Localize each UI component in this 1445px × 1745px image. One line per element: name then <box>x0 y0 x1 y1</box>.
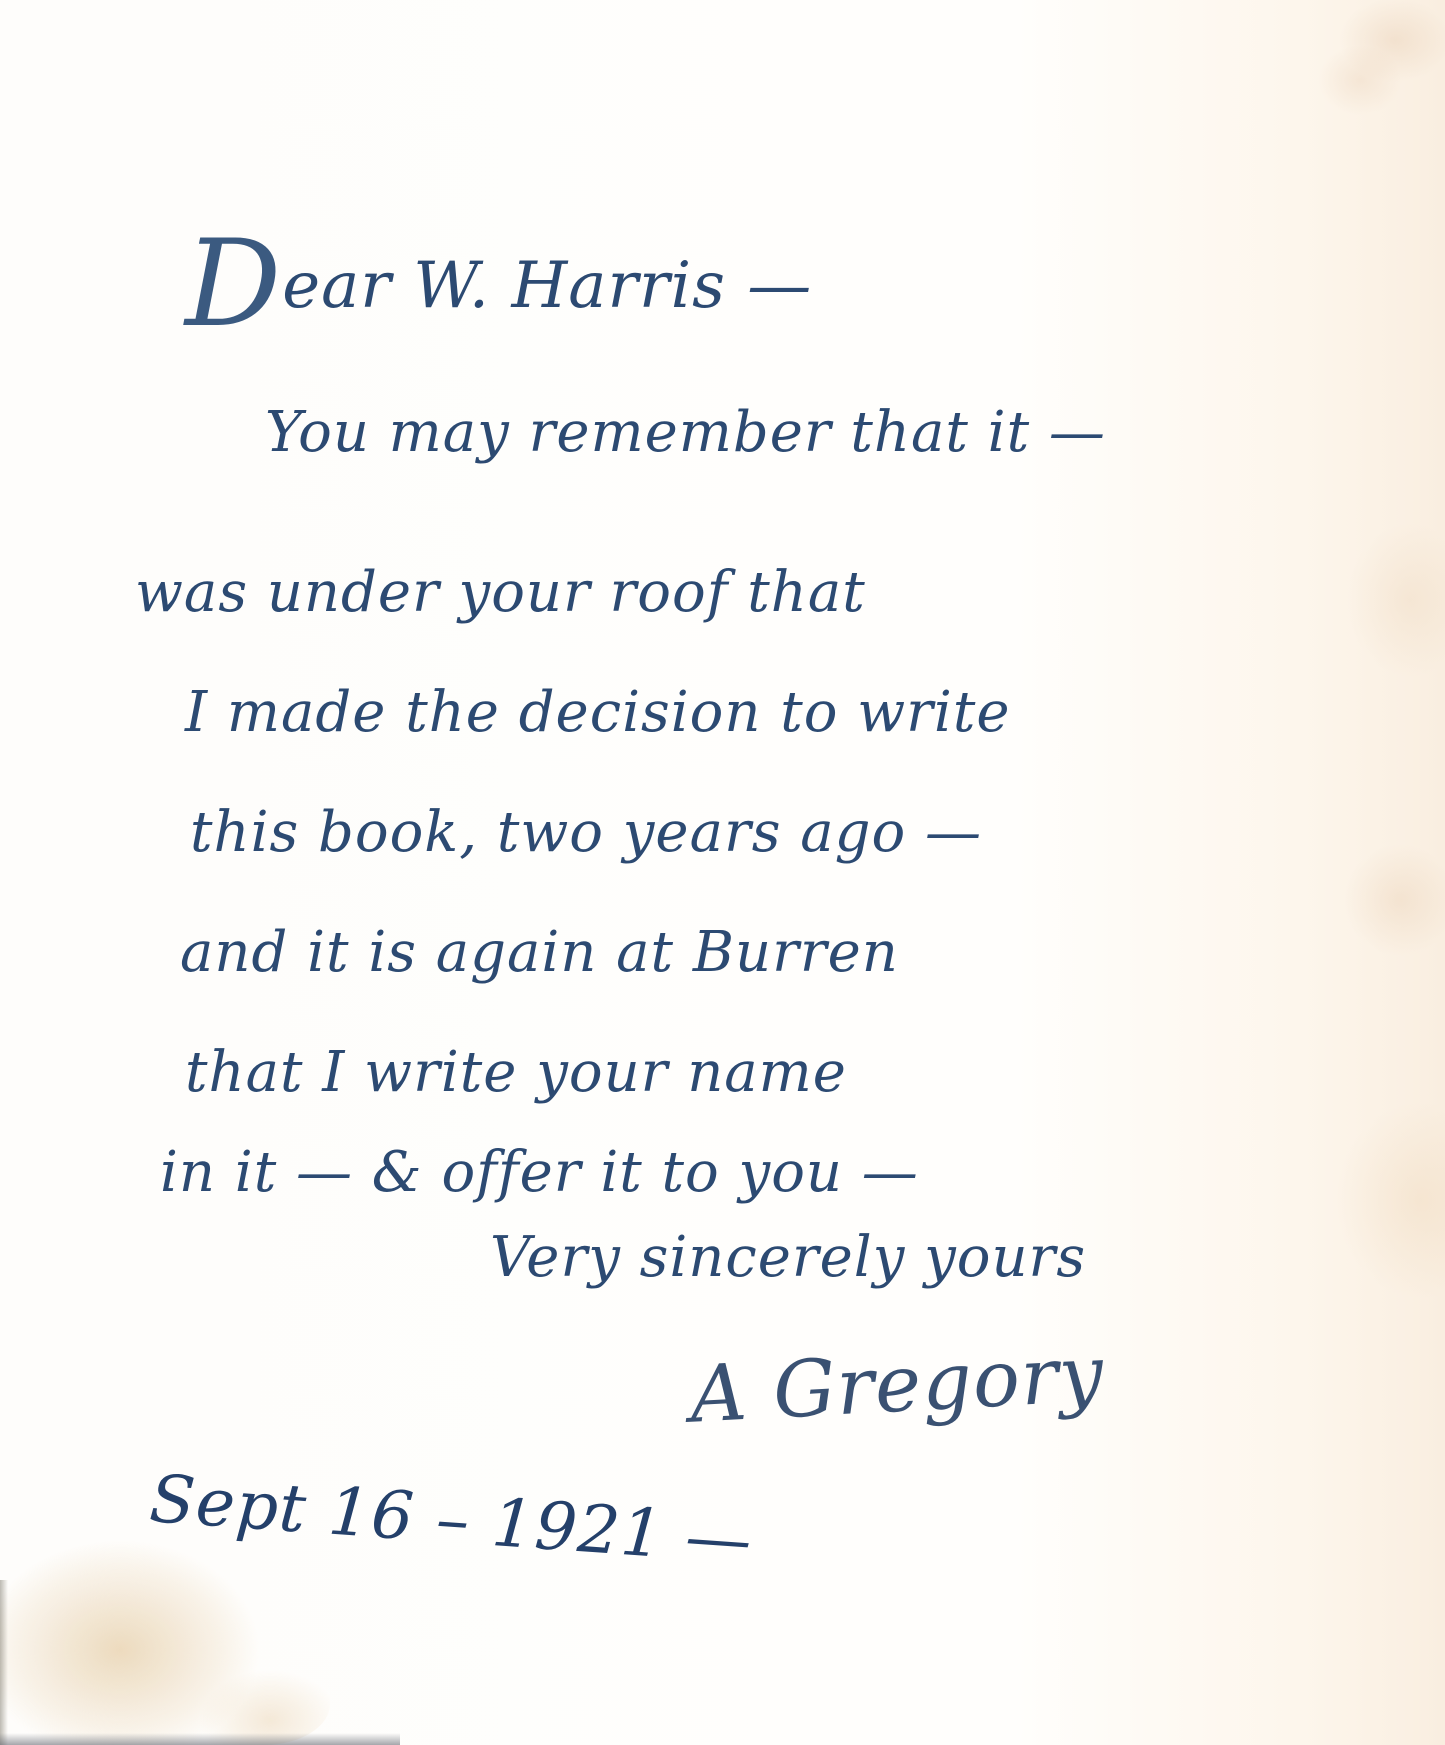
water-stain <box>0 1540 330 1745</box>
body-line: this book, two years ago — <box>190 800 982 865</box>
body-line: that I write your name <box>185 1040 847 1105</box>
salutation-initial: D <box>185 215 282 354</box>
body-line: was under your roof that <box>135 560 866 625</box>
aged-paper-page: Dear W. Harris — You may remember that i… <box>0 0 1445 1745</box>
salutation-text: ear W. Harris — <box>282 249 812 323</box>
closing: Very sincerely yours <box>490 1225 1086 1290</box>
signature: A Gregory <box>688 1329 1106 1441</box>
page-edge-shadow <box>0 1580 8 1745</box>
book-edge-shadow <box>0 1733 400 1745</box>
body-line: in it — & offer it to you — <box>160 1140 919 1205</box>
body-line: You may remember that it — <box>265 400 1106 465</box>
salutation: Dear W. Harris — <box>185 215 812 354</box>
body-line: I made the decision to write <box>185 680 1010 745</box>
body-line: and it is again at Burren <box>180 920 899 985</box>
